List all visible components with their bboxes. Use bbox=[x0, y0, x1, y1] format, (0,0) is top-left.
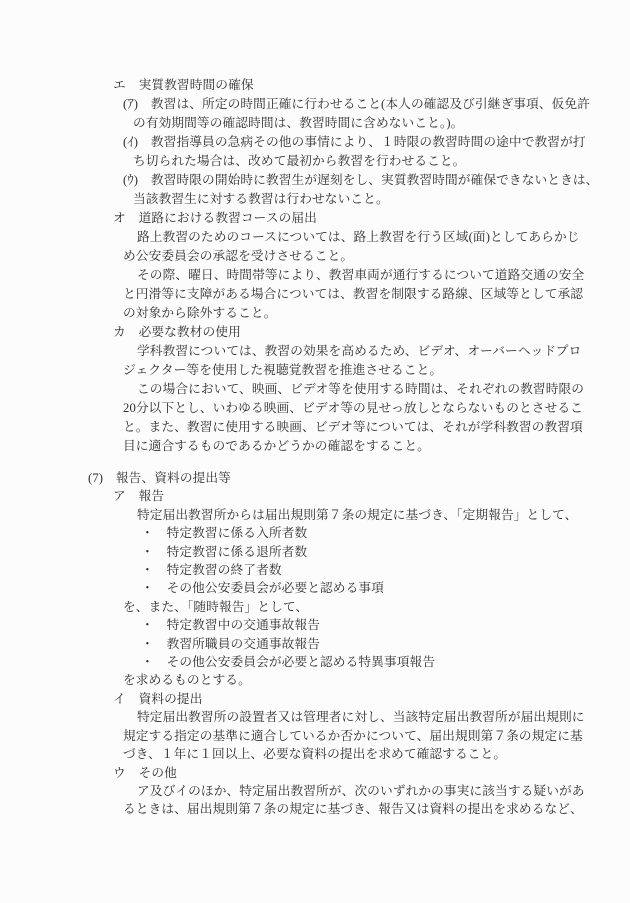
text-line: ア及びイのほか、特定届出教習所が、次のいずれかの事実に該当する疑いがあ bbox=[88, 782, 588, 800]
section-reports: (7) 報告、資料の提出等 ア 報告 特定届出教習所からは届出規則第７条の規定に… bbox=[88, 469, 588, 819]
item-label-line: イ 資料の提出 bbox=[88, 690, 588, 708]
text-line: 学科教習については、教習の効果を高めるため、ビデオ、オーバーヘッドプロ bbox=[88, 342, 588, 361]
bullet-line: ・ 教習所職員の交通事故報告 bbox=[88, 635, 588, 653]
subitem-line: (ｲ) 教習指導員の急病その他の事情により、１時限の教習時間の途中で教習が打 bbox=[88, 133, 588, 152]
text-line: め公安委員会の承認を受けさせること。 bbox=[88, 247, 588, 266]
bullet-line: ・ 特定教習の終了者数 bbox=[88, 561, 588, 579]
bullet-line: ・ その他公安委員会が必要と認める事項 bbox=[88, 579, 588, 597]
text-line: その際、曜日、時間帯等により、教習車両が通行するについて道路交通の安全 bbox=[88, 266, 588, 285]
text-line: ジェクター等を使用した視聴覚教習を推進させること。 bbox=[88, 361, 588, 380]
item-label-line: ウ その他 bbox=[88, 764, 588, 782]
text-line: 特定届出教習所の設置者又は管理者に対し、当該特定届出教習所が届出規則に bbox=[88, 708, 588, 726]
text-line: を、また、「随時報告」として、 bbox=[88, 598, 588, 616]
text-line: の対象から除外すること。 bbox=[88, 304, 588, 323]
text-line: 当該教習生に対する教習は行わせないこと。 bbox=[88, 190, 588, 209]
item-label-line: エ 実質教習時間の確保 bbox=[88, 76, 588, 95]
text-line: ち切られた場合は、改めて最初から教習を行わせること。 bbox=[88, 152, 588, 171]
text-line: 規定する指定の基準に適合しているか否かについて、届出規則第７条の規定に基 bbox=[88, 727, 588, 745]
bullet-line: ・ 特定教習に係る退所者数 bbox=[88, 543, 588, 561]
text-line: この場合において、映画、ビデオ等を使用する時間は、それぞれの教習時限の bbox=[88, 380, 588, 399]
item-label-line: ア 報告 bbox=[88, 487, 588, 505]
item-label-line: オ 道路における教習コースの届出 bbox=[88, 209, 588, 228]
blank-line bbox=[88, 456, 588, 469]
document-body: エ 実質教習時間の確保 (ｱ) 教習は、所定の時間正確に行わせること(本人の確認… bbox=[88, 76, 588, 819]
item-label-line: カ 必要な教材の使用 bbox=[88, 323, 588, 342]
bullet-line: ・ その他公安委員会が必要と認める特異事項報告 bbox=[88, 653, 588, 671]
bullet-line: ・ 特定教習に係る入所者数 bbox=[88, 524, 588, 542]
text-line: 目に適合するものであるかどうかの確認をすること。 bbox=[88, 437, 588, 456]
text-line: の有効期間等の確認時間は、教習時間に含めないこと。)。 bbox=[88, 114, 588, 133]
text-line: を求めるものとする。 bbox=[88, 671, 588, 689]
bullet-line: ・ 特定教習中の交通事故報告 bbox=[88, 616, 588, 634]
text-line: 特定届出教習所からは届出規則第７条の規定に基づき、「定期報告」として、 bbox=[88, 506, 588, 524]
subitem-line: (ｱ) 教習は、所定の時間正確に行わせること(本人の確認及び引継ぎ事項、仮免許 bbox=[88, 95, 588, 114]
text-line: 20分以下とし、いわゆる映画、ビデオ等の見せっ放しとならないものとさせるこ bbox=[88, 399, 588, 418]
section-training-rules: エ 実質教習時間の確保 (ｱ) 教習は、所定の時間正確に行わせること(本人の確認… bbox=[88, 76, 588, 456]
text-line: と。また、教習に使用する映画、ビデオ等については、それが学科教習の教習項 bbox=[88, 418, 588, 437]
numbered-heading-line: (7) 報告、資料の提出等 bbox=[88, 469, 588, 487]
text-line: るときは、届出規則第７条の規定に基づき、報告又は資料の提出を求めるなど、 bbox=[88, 800, 588, 818]
text-line: と円滑等に支障がある場合については、教習を制限する路線、区域等として承認 bbox=[88, 285, 588, 304]
document-page: エ 実質教習時間の確保 (ｱ) 教習は、所定の時間正確に行わせること(本人の確認… bbox=[0, 0, 630, 903]
text-line: づき、１年に１回以上、必要な資料の提出を求めて確認すること。 bbox=[88, 745, 588, 763]
text-line: 路上教習のためのコースについては、路上教習を行う区域(面)としてあらかじ bbox=[88, 228, 588, 247]
subitem-line: (ｳ) 教習時限の開始時に教習生が遅刻をし、実質教習時間が確保できないときは、 bbox=[88, 171, 588, 190]
